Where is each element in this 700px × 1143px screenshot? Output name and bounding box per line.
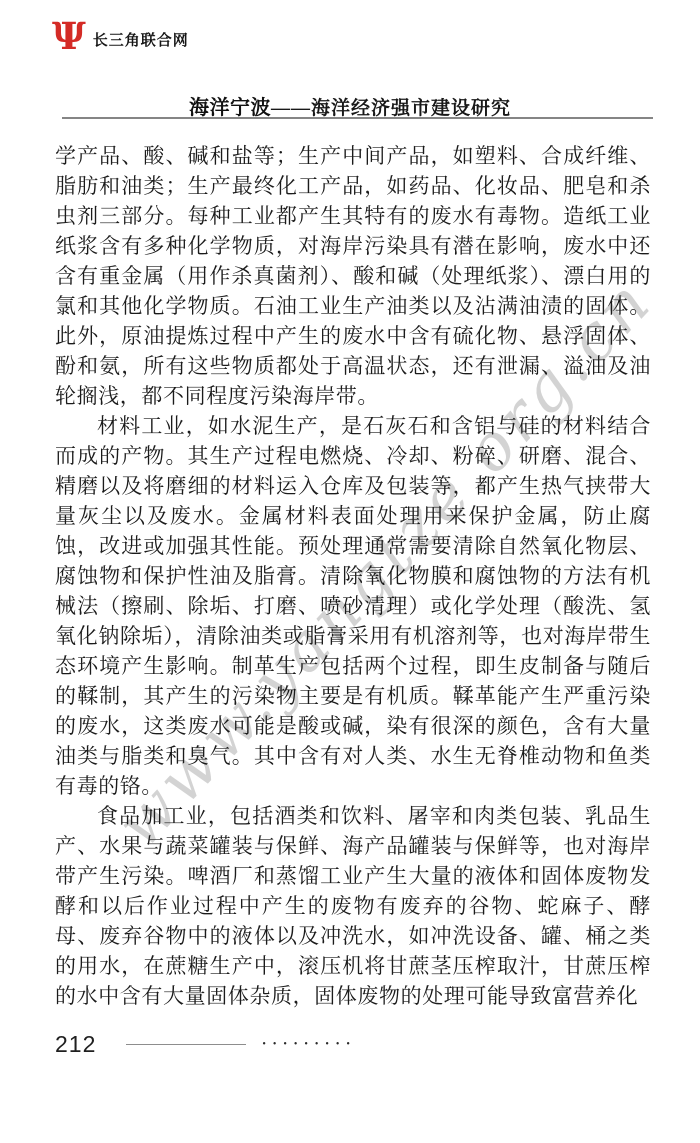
running-head-subtitle: ——海洋经济强市建设研究 <box>271 98 511 119</box>
paragraph: 食品加工业，包括酒类和饮料、屠宰和肉类包装、乳品生产、水果与蔬菜罐装与保鲜、海产… <box>55 801 651 1011</box>
book-page: Ψ 长三角联合网 海洋宁波——海洋经济强市建设研究 www.yangtze.or… <box>0 0 700 1143</box>
page-footer: 212 ••••••••• <box>55 1031 357 1058</box>
yangtze-union-logo-icon: Ψ <box>52 18 86 55</box>
paragraph: 材料工业，如水泥生产，是石灰石和含铝与硅的材料结合而成的产物。其生产过程电燃烧、… <box>55 411 651 801</box>
running-head-book-title: 海洋宁波 <box>189 97 271 119</box>
running-head-title: 海洋宁波——海洋经济强市建设研究 <box>0 91 700 120</box>
page-number: 212 <box>55 1031 96 1058</box>
site-logo-text: 长三角联合网 <box>93 23 189 50</box>
paragraph: 学产品、酸、碱和盐等；生产中间产品，如塑料、合成纤维、脂肪和油类；生产最终化工产… <box>55 141 651 411</box>
site-logo: Ψ 长三角联合网 <box>52 18 189 55</box>
footer-dots: ••••••••• <box>262 1040 357 1050</box>
header-rule <box>62 117 653 119</box>
page-body: 学产品、酸、碱和盐等；生产中间产品，如塑料、合成纤维、脂肪和油类；生产最终化工产… <box>55 141 651 1011</box>
footer-rule <box>126 1044 246 1045</box>
